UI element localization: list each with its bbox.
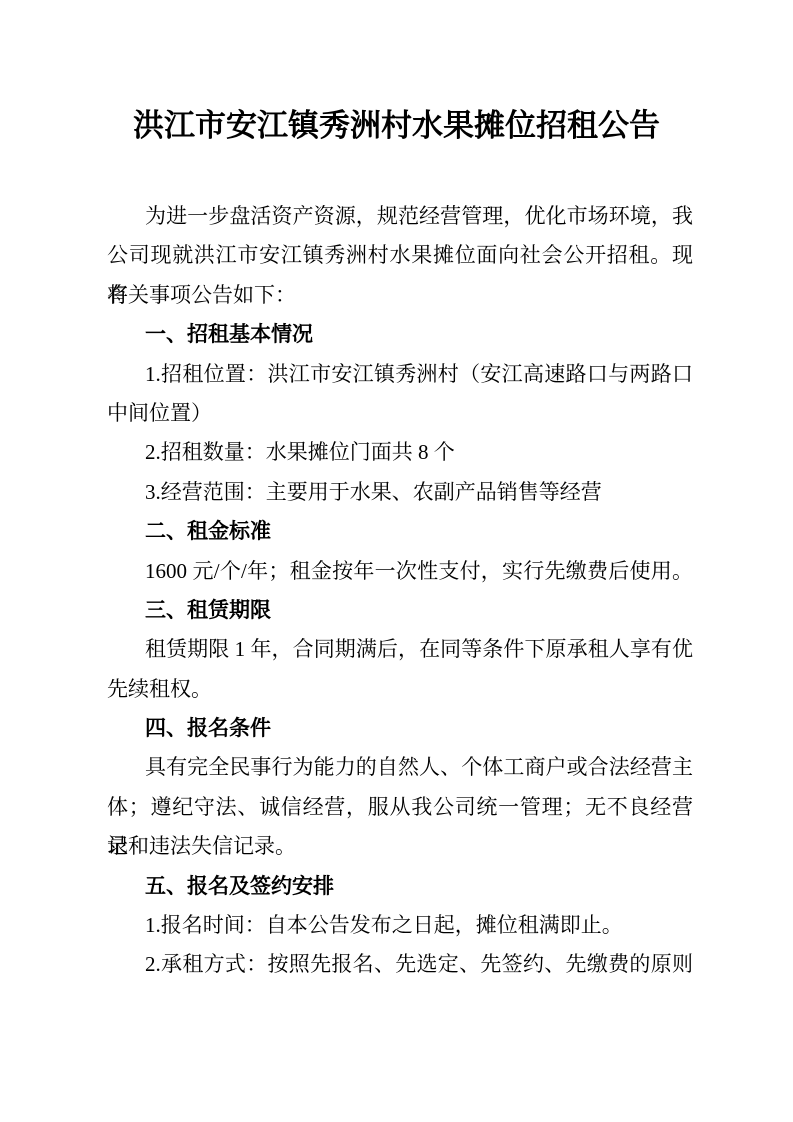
text-line: 先续租权。 xyxy=(107,670,693,709)
document-body: 为进一步盘活资产资源，规范经营管理，优化市场环境，我 公司现就洪江市安江镇秀洲村… xyxy=(107,197,693,985)
text-line: 具有完全民事行为能力的自然人、个体工商户或合法经营主 xyxy=(107,748,693,787)
text-line: 1600 元/个/年；租金按年一次性支付，实行先缴费后使用。 xyxy=(107,552,693,591)
section-heading: 四、报名条件 xyxy=(107,709,693,748)
text-line: 租赁期限 1 年，合同期满后，在同等条件下原承租人享有优 xyxy=(107,630,693,669)
document-page: 洪江市安江镇秀洲村水果摊位招租公告 为进一步盘活资产资源，规范经营管理，优化市场… xyxy=(0,0,793,1122)
text-line: 录和违法失信记录。 xyxy=(107,827,693,866)
text-line: 体；遵纪守法、诚信经营，服从我公司统一管理；无不良经营记 xyxy=(107,788,693,827)
section-heading: 二、租金标准 xyxy=(107,512,693,551)
text-line: 3.经营范围：主要用于水果、农副产品销售等经营 xyxy=(107,473,693,512)
text-line: 1.招租位置：洪江市安江镇秀洲村（安江高速路口与两路口 xyxy=(107,355,693,394)
section-heading: 一、招租基本情况 xyxy=(107,315,693,354)
text-line: 中间位置） xyxy=(107,394,693,433)
text-line: 1.报名时间：自本公告发布之日起，摊位租满即止。 xyxy=(107,906,693,945)
text-line: 公司现就洪江市安江镇秀洲村水果摊位面向社会公开招租。现将 xyxy=(107,236,693,275)
text-line: 为进一步盘活资产资源，规范经营管理，优化市场环境，我 xyxy=(107,197,693,236)
text-line: 2.承租方式：按照先报名、先选定、先签约、先缴费的原则 xyxy=(107,945,693,984)
text-line: 有关事项公告如下： xyxy=(107,276,693,315)
document-title: 洪江市安江镇秀洲村水果摊位招租公告 xyxy=(0,103,793,149)
section-heading: 五、报名及签约安排 xyxy=(107,867,693,906)
section-heading: 三、租赁期限 xyxy=(107,591,693,630)
text-line: 2.招租数量：水果摊位门面共 8 个 xyxy=(107,433,693,472)
